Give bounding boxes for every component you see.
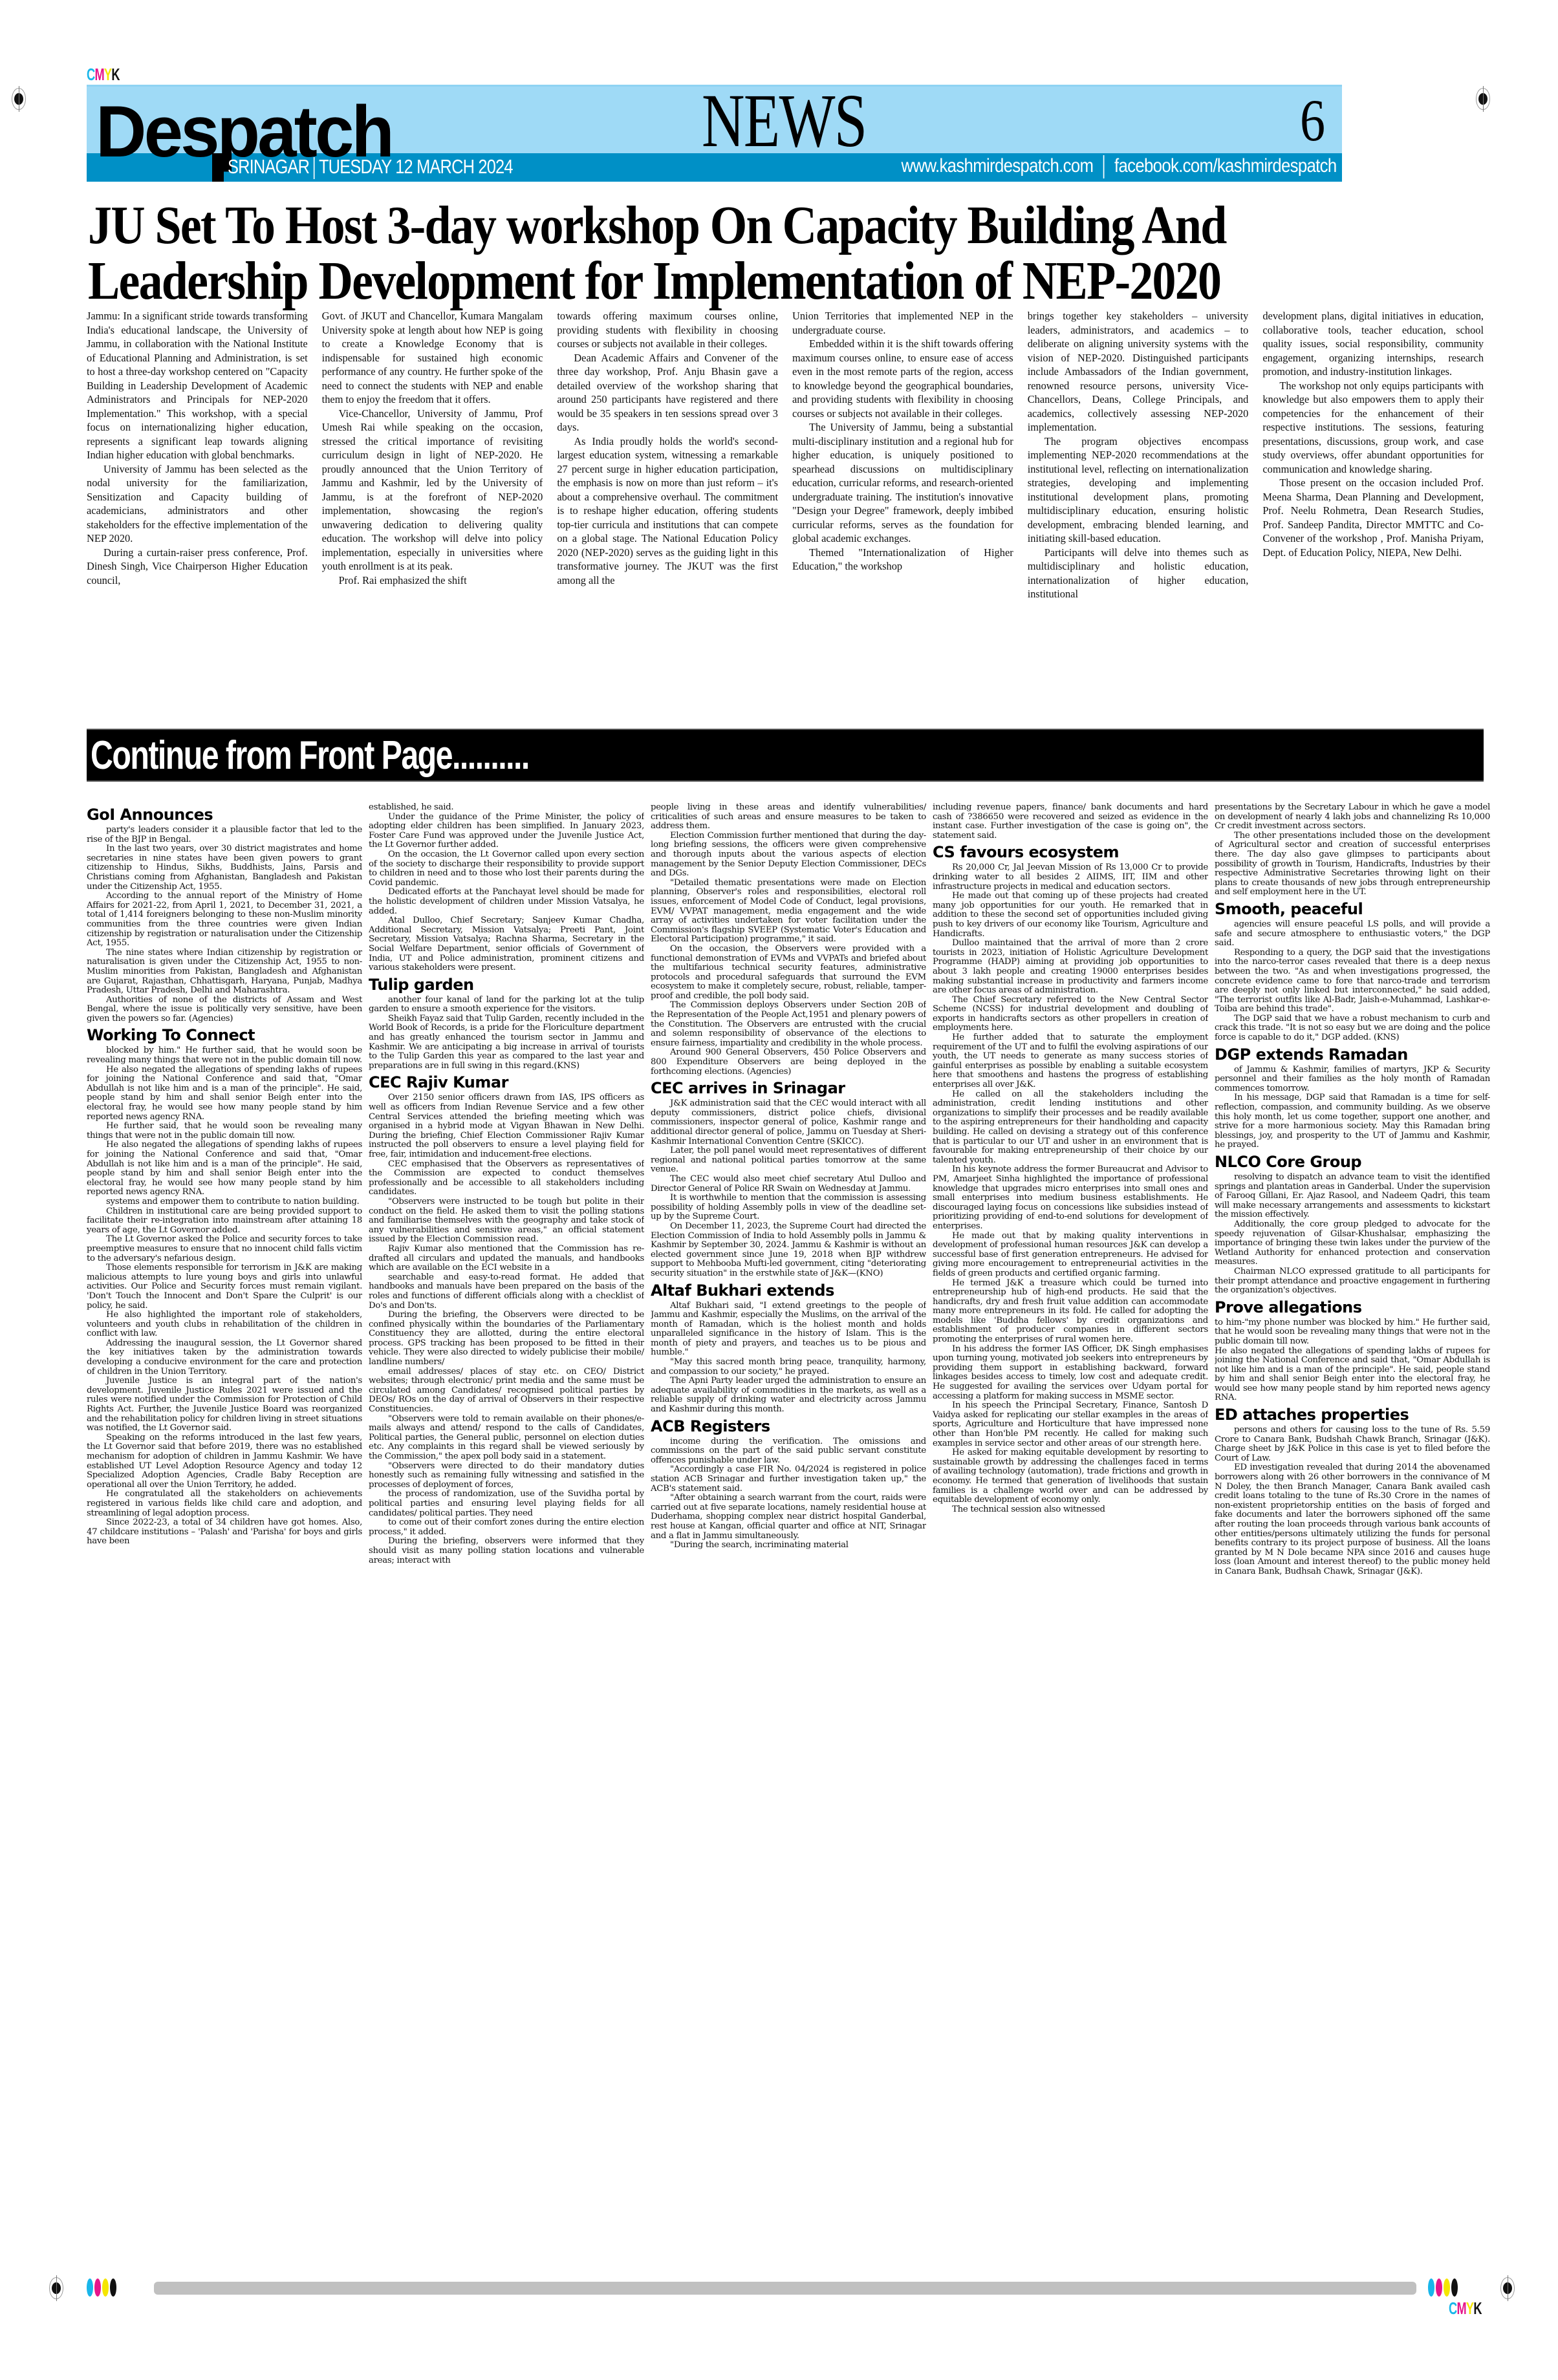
paragraph: Themed "Internationalization of Higher E… xyxy=(792,546,1013,574)
paragraph: Rs 20,000 Cr, Jal Jeevan Mission of Rs 1… xyxy=(933,863,1208,892)
story-heading: ED attaches properties xyxy=(1215,1405,1490,1424)
paragraph: As India proudly holds the world's secon… xyxy=(557,434,778,588)
paragraph: During the briefing, the Observers were … xyxy=(369,1311,644,1367)
section-title: NEWS xyxy=(702,83,867,159)
story-heading: CEC arrives in Srinagar xyxy=(651,1078,926,1098)
paragraph: It is worthwhile to mention that the com… xyxy=(651,1194,926,1222)
paragraph: Those present on the occasion included P… xyxy=(1262,476,1484,559)
paragraph: The CEC would also meet chief secretary … xyxy=(651,1175,926,1194)
color-bar-left xyxy=(87,2278,116,2297)
paragraph: email addresses/ places of stay etc. on … xyxy=(369,1367,644,1415)
paragraph: blocked by him." He further said, that h… xyxy=(87,1046,362,1065)
paragraph: He also highlighted the important role o… xyxy=(87,1311,362,1339)
story-heading: Smooth, peaceful xyxy=(1215,899,1490,919)
paragraph: Prof. Rai emphasized the shift xyxy=(322,574,543,588)
continued-column: GoI Announcesparty's leaders consider it… xyxy=(87,803,362,2271)
paragraph: He further added that to saturate the em… xyxy=(933,1033,1208,1090)
paragraph: the process of randomization, use of the… xyxy=(369,1490,644,1518)
continued-column: including revenue papers, finance/ bank … xyxy=(933,803,1208,2271)
story-heading: Altaf Bukhari extends xyxy=(651,1281,926,1300)
paragraph: The nine states where Indian citizenship… xyxy=(87,949,362,996)
footer-gray-bar xyxy=(154,2282,1416,2295)
paragraph: ED investigation revealed that during 20… xyxy=(1215,1463,1490,1576)
registration-mark-icon xyxy=(12,88,26,110)
continued-column: presentations by the Secretary Labour in… xyxy=(1215,803,1490,2271)
paragraph: Govt. of JKUT and Chancellor, Kumara Man… xyxy=(322,309,543,407)
paragraph: "Observers were instructed to be tough b… xyxy=(369,1197,644,1245)
story-heading: GoI Announces xyxy=(87,805,362,824)
paragraph: He further said, that he would soon be r… xyxy=(87,1122,362,1141)
paragraph: people living in these areas and identif… xyxy=(651,803,926,831)
paragraph: Addressing the inaugural session, the Lt… xyxy=(87,1339,362,1377)
paragraph: resolving to dispatch an advance team to… xyxy=(1215,1173,1490,1220)
story-column: Jammu: In a significant stride towards t… xyxy=(87,309,308,697)
paragraph: He asked for making equitable developmen… xyxy=(933,1448,1208,1505)
paragraph: Juvenile Justice is an integral part of … xyxy=(87,1377,362,1433)
paragraph: of Jammu & Kashmir, families of martyrs,… xyxy=(1215,1066,1490,1094)
paragraph: Around 900 General Observers, 450 Police… xyxy=(651,1048,926,1077)
paragraph: Embedded within it is the shift towards … xyxy=(792,337,1013,420)
paragraph: He congratulated all the stakeholders on… xyxy=(87,1490,362,1518)
cmyk-print-label-top: CMYK xyxy=(87,65,120,85)
paragraph: In his message, DGP said that Ramadan is… xyxy=(1215,1093,1490,1150)
paragraph: J&K administration said that the CEC wou… xyxy=(651,1099,926,1146)
paragraph: Since 2022-23, a total of 34 children ha… xyxy=(87,1518,362,1547)
paragraph: Children in institutional care are being… xyxy=(87,1207,362,1236)
paragraph: brings together key stakeholders – unive… xyxy=(1028,309,1249,434)
paragraph: income during the verification. The omis… xyxy=(651,1437,926,1466)
logo-descender xyxy=(212,153,224,182)
paragraph: to him-"my phone number was blocked by h… xyxy=(1215,1318,1490,1347)
story-heading: Working To Connect xyxy=(87,1025,362,1045)
paragraph: University of Jammu has been selected as… xyxy=(87,462,308,546)
paragraph: "Observers were directed to do their man… xyxy=(369,1462,644,1490)
paragraph: The DGP said that we have a robust mecha… xyxy=(1215,1014,1490,1043)
paragraph: Rajiv Kumar also mentioned that the Comm… xyxy=(369,1245,644,1273)
paragraph: "May this sacred month bring peace, tran… xyxy=(651,1358,926,1377)
paragraph: During a curtain-raiser press conference… xyxy=(87,546,308,588)
paragraph: The Chief Secretary referred to the New … xyxy=(933,996,1208,1033)
paragraph: Sheikh Fayaz said that Tulip Garden, rec… xyxy=(369,1014,644,1071)
paragraph: development plans, digital initiatives i… xyxy=(1262,309,1484,379)
dateline: SRINAGARTUESDAY 12 MARCH 2024 xyxy=(228,155,513,179)
registration-mark-icon xyxy=(1476,88,1490,110)
story-heading: Tulip garden xyxy=(369,975,644,994)
web-links: www.kashmirdespatch.comfacebook.com/kash… xyxy=(902,155,1337,178)
paragraph: "During the search, incriminating materi… xyxy=(651,1541,926,1550)
continue-from-front-page-banner: Continue from Front Page.......... xyxy=(87,729,1484,782)
facebook-link[interactable]: facebook.com/kashmirdespatch xyxy=(1114,155,1337,177)
paragraph: Altaf Bukhari said, "I extend greetings … xyxy=(651,1302,926,1358)
paragraph: Those elements responsible for terrorism… xyxy=(87,1263,362,1311)
paragraph: searchable and easy-to-read format. He a… xyxy=(369,1273,644,1311)
paragraph: Union Territories that implemented NEP i… xyxy=(792,309,1013,337)
paragraph: towards offering maximum courses online,… xyxy=(557,309,778,351)
paragraph: established, he said. xyxy=(369,803,644,813)
website-link[interactable]: www.kashmirdespatch.com xyxy=(902,155,1094,177)
paragraph: The workshop not only equips participant… xyxy=(1262,379,1484,477)
continued-stories: GoI Announcesparty's leaders consider it… xyxy=(87,803,1490,2271)
paragraph: another four kanal of land for the parki… xyxy=(369,996,644,1014)
cmyk-print-label-bottom: CMYK xyxy=(1449,2299,1482,2319)
story-heading: DGP extends Ramadan xyxy=(1215,1045,1490,1064)
paragraph: The Apni Party leader urged the administ… xyxy=(651,1377,926,1414)
paragraph: In his keynote address the former Bureau… xyxy=(933,1165,1208,1231)
paragraph: to come out of their comfort zones durin… xyxy=(369,1518,644,1537)
paragraph: He called on all the stakeholders includ… xyxy=(933,1090,1208,1166)
story-heading: CS favours ecosystem xyxy=(933,842,1208,862)
paragraph: presentations by the Secretary Labour in… xyxy=(1215,803,1490,831)
paragraph: CEC emphasised that the Observers as rep… xyxy=(369,1160,644,1197)
story-column: towards offering maximum courses online,… xyxy=(557,309,778,697)
paragraph: He made out that coming up of these proj… xyxy=(933,892,1208,939)
paragraph: The University of Jammu, being a substan… xyxy=(792,420,1013,546)
paragraph: The program objectives encompass impleme… xyxy=(1028,434,1249,546)
paragraph: He made out that by making quality inter… xyxy=(933,1232,1208,1279)
paragraph: He also negated the allegations of spend… xyxy=(87,1066,362,1122)
paragraph: The other presentations included those o… xyxy=(1215,831,1490,897)
paragraph: Authorities of none of the districts of … xyxy=(87,996,362,1024)
paragraph: Chairman NLCO expressed gratitude to all… xyxy=(1215,1267,1490,1296)
story-column: Govt. of JKUT and Chancellor, Kumara Man… xyxy=(322,309,543,697)
page-number: 6 xyxy=(1300,91,1325,150)
lead-story-body: Jammu: In a significant stride towards t… xyxy=(87,309,1484,697)
paragraph: In the last two years, over 30 district … xyxy=(87,844,362,892)
paragraph: persons and others for causing loss to t… xyxy=(1215,1426,1490,1463)
paragraph: "Detailed thematic presentations were ma… xyxy=(651,879,926,945)
paragraph: The technical session also witnessed xyxy=(933,1505,1208,1515)
paragraph: The Lt Governor asked the Police and sec… xyxy=(87,1235,362,1263)
paragraph: Under the guidance of the Prime Minister… xyxy=(369,813,644,850)
paragraph: According to the annual report of the Mi… xyxy=(87,892,362,949)
paragraph: The Commission deploys Observers under S… xyxy=(651,1001,926,1048)
paragraph: During the briefing, observers were info… xyxy=(369,1537,644,1565)
dateline-city: SRINAGAR xyxy=(228,155,309,178)
paragraph: In his address the former IAS Officer, D… xyxy=(933,1345,1208,1402)
story-column: Union Territories that implemented NEP i… xyxy=(792,309,1013,697)
paragraph: Over 2150 senior officers drawn from IAS… xyxy=(369,1093,644,1159)
story-heading: Prove allegations xyxy=(1215,1298,1490,1317)
lead-headline: JU Set To Host 3-day workshop On Capacit… xyxy=(88,198,1317,309)
registration-mark-icon xyxy=(1500,2277,1515,2299)
paragraph: He also negated the allegations of spend… xyxy=(1215,1347,1490,1404)
paragraph: On the occasion, the Lt Governor called … xyxy=(369,850,644,888)
paragraph: Responding to a query, the DGP said that… xyxy=(1215,949,1490,1014)
paragraph: Speaking on the reforms introduced in th… xyxy=(87,1433,362,1490)
banner-title: Continue from Front Page.......... xyxy=(91,733,529,778)
paragraph: Dedicated efforts at the Panchayat level… xyxy=(369,888,644,916)
paragraph: Atal Dulloo, Chief Secretary; Sanjeev Ku… xyxy=(369,916,644,973)
story-heading: NLCO Core Group xyxy=(1215,1152,1490,1172)
paragraph: He also negated the allegations of spend… xyxy=(87,1141,362,1197)
paragraph: including revenue papers, finance/ bank … xyxy=(933,803,1208,841)
paragraph: Participants will delve into themes such… xyxy=(1028,546,1249,601)
paragraph: Later, the poll panel would meet represe… xyxy=(651,1146,926,1175)
story-heading: ACB Registers xyxy=(651,1417,926,1436)
registration-mark-icon xyxy=(49,2277,63,2299)
paragraph: On December 11, 2023, the Supreme Court … xyxy=(651,1222,926,1279)
story-column: brings together key stakeholders – unive… xyxy=(1028,309,1249,697)
paragraph: Vice-Chancellor, University of Jammu, Pr… xyxy=(322,407,543,574)
paragraph: "Observers were told to remain available… xyxy=(369,1415,644,1462)
paragraph: party's leaders consider it a plausible … xyxy=(87,826,362,844)
paragraph: agencies will ensure peaceful LS polls, … xyxy=(1215,920,1490,949)
continued-column: people living in these areas and identif… xyxy=(651,803,926,2271)
color-bar-right xyxy=(1428,2278,1458,2297)
story-column: development plans, digital initiatives i… xyxy=(1262,309,1484,697)
dateline-date: TUESDAY 12 MARCH 2024 xyxy=(319,155,513,178)
paragraph: Dean Academic Affairs and Convener of th… xyxy=(557,351,778,434)
paragraph: Dulloo maintained that the arrival of mo… xyxy=(933,939,1208,996)
paragraph: He termed J&K a treasure which could be … xyxy=(933,1279,1208,1345)
story-heading: CEC Rajiv Kumar xyxy=(369,1073,644,1092)
paragraph: "After obtaining a search warrant from t… xyxy=(651,1494,926,1541)
divider xyxy=(314,157,315,179)
continued-column: established, he said.Under the guidance … xyxy=(369,803,644,2271)
divider xyxy=(1103,155,1105,178)
paragraph: Jammu: In a significant stride towards t… xyxy=(87,309,308,462)
paragraph: On the occasion, the Observers were prov… xyxy=(651,945,926,1002)
paragraph: In his speech the Principal Secretary, F… xyxy=(933,1401,1208,1448)
paragraph: systems and empower them to contribute t… xyxy=(87,1197,362,1207)
paragraph: Additionally, the core group pledged to … xyxy=(1215,1220,1490,1267)
paragraph: "Accordingly a case FIR No. 04/2024 is r… xyxy=(651,1465,926,1494)
paragraph: Election Commission further mentioned th… xyxy=(651,831,926,879)
